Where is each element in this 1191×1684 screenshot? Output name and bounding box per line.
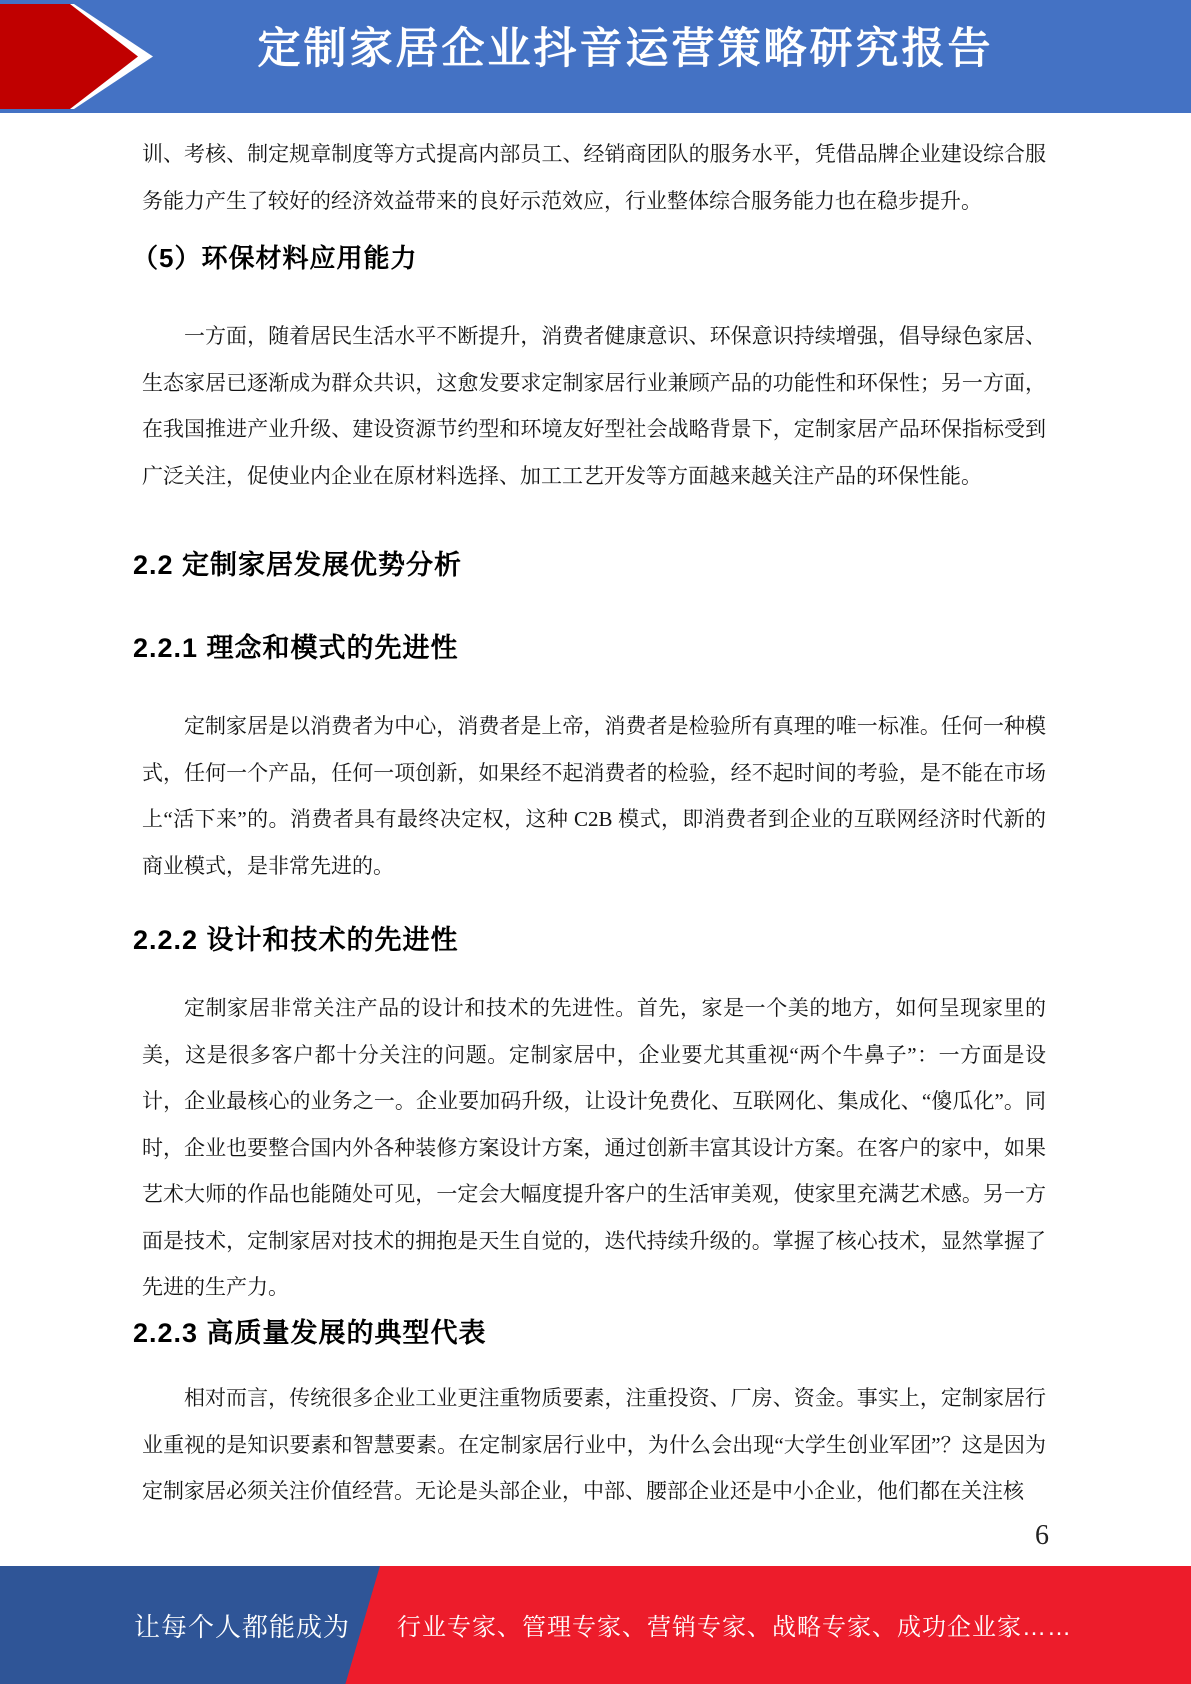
footer-banner: 让每个人都能成为 行业专家、管理专家、营销专家、战略专家、成功企业家…… [0, 1566, 1191, 1684]
section-heading-2-2-2: 2.2.2 设计和技术的先进性 [133, 920, 459, 960]
report-title: 定制家居企业抖音运营策略研究报告 [70, 24, 1181, 74]
section-heading-2-2-1: 2.2.1 理念和模式的先进性 [133, 628, 459, 668]
body-paragraph: 相对而言，传统很多企业工业更注重物质要素，注重投资、厂房、资金。事实上，定制家居… [142, 1375, 1046, 1515]
body-paragraph: 一方面，随着居民生活水平不断提升，消费者健康意识、环保意识持续增强，倡导绿色家居… [142, 313, 1046, 499]
header-banner: 定制家居企业抖音运营策略研究报告 [0, 0, 1191, 113]
body-paragraph-continuation: 训、考核、制定规章制度等方式提高内部员工、经销商团队的服务水平，凭借品牌企业建设… [142, 131, 1046, 224]
page-number: 6 [1012, 1520, 1072, 1552]
section-heading-2-2: 2.2 定制家居发展优势分析 [133, 545, 462, 585]
subsection-heading-5: （5）环保材料应用能力 [132, 240, 417, 276]
body-paragraph: 定制家居是以消费者为中心，消费者是上帝，消费者是检验所有真理的唯一标准。任何一种… [142, 703, 1046, 889]
body-paragraph: 定制家居非常关注产品的设计和技术的先进性。首先，家是一个美的地方，如何呈现家里的… [142, 985, 1046, 1311]
section-heading-2-2-3: 2.2.3 高质量发展的典型代表 [133, 1313, 487, 1353]
report-page: 定制家居企业抖音运营策略研究报告 训、考核、制定规章制度等方式提高内部员工、经销… [0, 0, 1191, 1684]
footer-slogan-left: 让每个人都能成为 [134, 1612, 350, 1642]
footer-slogan-right: 行业专家、管理专家、营销专家、战略专家、成功企业家…… [397, 1613, 1072, 1643]
